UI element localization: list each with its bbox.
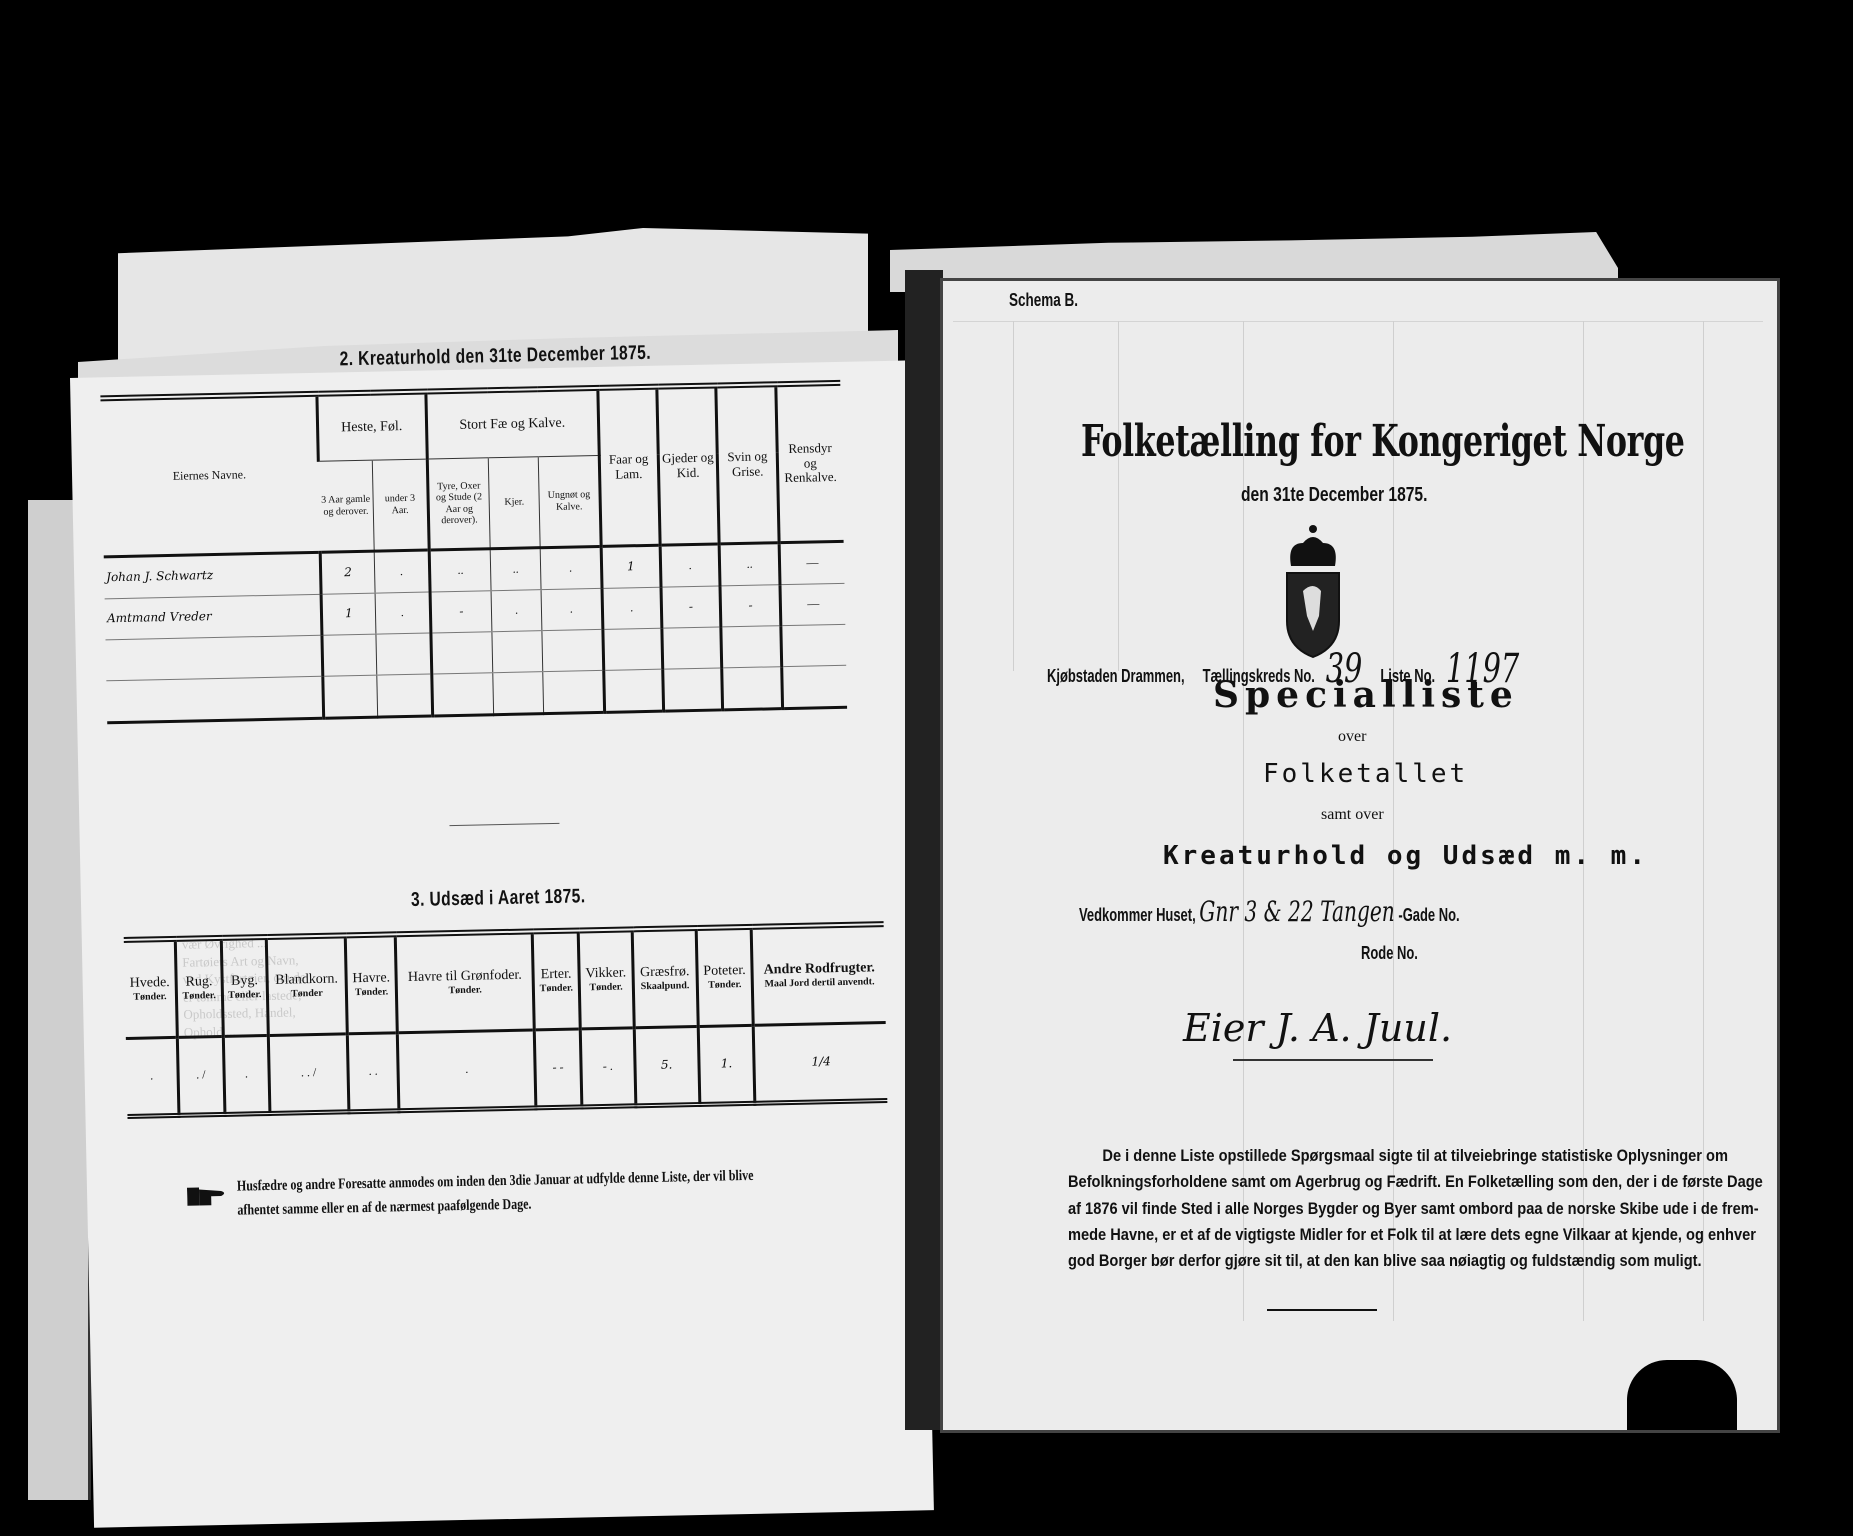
heste-3-cell — [322, 675, 377, 718]
signature: Eier J. A. Juul. — [1183, 1006, 1452, 1050]
col-name: Rug. — [180, 974, 219, 991]
explanatory-paragraph: De i denne Liste opstillede Spørgsmaal s… — [1068, 1143, 1679, 1275]
col-kjer: Kjer. — [488, 457, 540, 549]
owner-cell — [105, 635, 322, 681]
ghost-line — [1703, 321, 1704, 1321]
col-unit: Tønder. — [700, 979, 749, 992]
col-unit: Tønder. — [180, 990, 219, 1002]
col-unit: Tønder. — [350, 987, 394, 999]
col-rensdyr-header: Rensdyr og Renkalve. — [776, 383, 844, 543]
svin-cell — [722, 667, 782, 710]
owner-cell: Johan J. Schwartz — [104, 552, 321, 599]
value-cell: . / — [177, 1036, 224, 1115]
col-andre-rodfrugter: Andre Rodfrugter.Maal Jord dertil anvend… — [752, 924, 886, 1025]
value-cell: 1/4 — [754, 1023, 888, 1104]
kjer-cell — [492, 631, 543, 673]
value-cell: . . — [347, 1033, 399, 1112]
col-heste-3aar: 3 Aar gamle og derover. — [318, 460, 374, 552]
kjer-cell — [493, 672, 544, 715]
paragraph-line: god Borger bør derfor gjøre sit til, at … — [1068, 1248, 1679, 1274]
schema-label: Schema B. — [1009, 290, 1078, 311]
col-fae-header: Stort Fæ og Kalve. — [426, 388, 600, 459]
page-title: Folketælling for Kongeriget Norge — [1081, 416, 1685, 467]
paragraph-line: De i denne Liste opstillede Spørgsmaal s… — [1068, 1143, 1679, 1169]
rode-label: Rode No. — [1361, 943, 1418, 964]
col-poteter: Poteter.Tønder. — [696, 927, 754, 1027]
svin-cell — [721, 626, 781, 668]
col-name: Græsfrø. — [636, 964, 693, 981]
kjer-cell: . — [491, 590, 542, 632]
vedkommer-label: Vedkommer Huset, — [1079, 905, 1196, 925]
gade-label: -Gade No. — [1398, 905, 1459, 925]
ungnot-cell: . — [541, 588, 603, 630]
value-cell: - . — [580, 1028, 636, 1107]
gjeder-cell — [662, 668, 723, 711]
owner-cell: Amtmand Vreder — [105, 594, 322, 640]
col-unit: Tønder. — [400, 984, 530, 998]
right-page: Schema B. Folketælling for Kongeriget No… — [940, 278, 1780, 1433]
col-name: Erter. — [537, 967, 576, 984]
ghost-line — [953, 321, 1763, 322]
value-cell: 5. — [634, 1026, 699, 1105]
value-cell: - - — [534, 1029, 581, 1108]
tyre-cell — [431, 632, 493, 674]
signature-underline — [1233, 1059, 1433, 1061]
pointing-hand-icon — [187, 1183, 228, 1210]
left-page: vær Øvrighed ... Fartøiets Art og Navn, … — [70, 360, 934, 1527]
heste-u3-cell — [376, 633, 432, 675]
ungnot-cell — [542, 629, 604, 671]
ghost-line — [1013, 321, 1014, 671]
col-hvede: Hvede.Tønder. — [124, 939, 178, 1039]
tyre-cell: - — [430, 591, 492, 633]
paragraph-line: Befolkningsforholdene samt om Agerbrug o… — [1068, 1169, 1679, 1195]
census-date: den 31te December 1875. — [1241, 484, 1427, 507]
gjeder-cell — [662, 627, 723, 669]
col-heste-header: Heste, Føl. — [317, 392, 427, 462]
kjobstad-label: Kjøbstaden Drammen, — [1047, 666, 1185, 686]
notice-text: Husfædre og andre Foresatte anmodes om i… — [237, 1164, 754, 1223]
gjeder-cell: . — [660, 544, 721, 587]
book-spine — [905, 270, 943, 1430]
rensdyr-cell — [781, 624, 847, 666]
col-name: Byg. — [225, 973, 264, 990]
col-unit: Tønder. — [127, 991, 173, 1003]
svin-cell: .. — [720, 543, 780, 586]
col-erter: Erter.Tønder. — [532, 930, 580, 1029]
col-gjeder-header: Gjeder og Kid. — [656, 385, 719, 545]
col-unit: Tønder. — [537, 983, 576, 995]
col-rug: Rug.Tønder. — [175, 938, 223, 1037]
table-row: . . / . . . / . . . - - - . 5. 1. 1/4 — [126, 1023, 887, 1117]
tyre-cell — [431, 673, 493, 716]
col-byg: Byg.Tønder. — [221, 937, 269, 1036]
specialliste-heading: Specialliste — [1213, 674, 1519, 716]
value-cell: . . / — [268, 1034, 348, 1114]
col-vikker: Vikker.Tønder. — [578, 929, 634, 1029]
col-unit: Maal Jord dertil anvendt. — [756, 976, 883, 990]
rensdyr-cell: — — [780, 583, 846, 625]
tyre-cell: .. — [429, 549, 491, 592]
divider — [1267, 1309, 1377, 1311]
col-ungnot: Ungnøt og Kalve. — [538, 455, 601, 547]
col-name: Blandkorn. — [271, 972, 343, 990]
value-cell: 1. — [698, 1025, 755, 1104]
gjeder-cell: - — [661, 586, 722, 628]
value-cell: . — [126, 1037, 179, 1116]
vedkommer-value: Gnr 3 & 22 Tangen — [1199, 895, 1394, 928]
over-text: over — [1338, 728, 1366, 746]
col-name: Hvede. — [127, 975, 173, 992]
col-svin-header: Svin og Grise. — [716, 384, 779, 544]
col-name: Poteter. — [700, 963, 749, 980]
owner-cell — [106, 676, 323, 723]
rensdyr-cell: — — [779, 541, 845, 584]
heste-u3-cell — [377, 674, 433, 717]
heste-u3-cell: . — [375, 592, 431, 634]
col-graesfro: Græsfrø.Skaalpund. — [632, 928, 698, 1028]
kreaturhold-table: Eiernes Navne. Heste, Føl. Stort Fæ og K… — [100, 380, 847, 724]
udsaed-table: Hvede.Tønder. Rug.Tønder. Byg.Tønder. Bl… — [124, 921, 888, 1119]
paragraph-line: mede Havne, er et af de vigtigste Midler… — [1068, 1222, 1679, 1248]
coat-of-arms-icon — [1273, 521, 1353, 661]
col-havre-gronfoder: Havre til Grønfoder.Tønder. — [396, 931, 535, 1032]
value-cell: . — [223, 1035, 270, 1114]
col-havre: Havre.Tønder. — [345, 934, 398, 1034]
col-name: Havre til Grønfoder. — [400, 968, 530, 987]
col-name: Havre. — [349, 971, 393, 988]
col-unit: Tønder. — [583, 982, 630, 994]
faar-cell: 1 — [601, 545, 661, 588]
divider — [449, 823, 559, 826]
col-unit: Tønder. — [225, 989, 264, 1001]
col-tyre: Tyre, Oxer og Stude (2 Aar og derover). — [427, 458, 490, 550]
heste-u3-cell: . — [374, 550, 430, 593]
col-name: Vikker. — [582, 966, 629, 983]
heste-3-cell: 1 — [321, 593, 376, 635]
faar-cell: . — [602, 587, 662, 629]
col-owner-header: Eiernes Navne. — [100, 394, 319, 557]
rensdyr-cell — [781, 665, 847, 708]
col-unit: Tønder — [271, 988, 343, 1001]
value-cell: . — [398, 1030, 536, 1111]
ghost-line — [1118, 321, 1119, 671]
faar-cell — [603, 628, 663, 670]
ungnot-cell — [543, 670, 605, 713]
heste-3-cell — [322, 634, 377, 676]
vedkommer-line: Vedkommer Huset, Gnr 3 & 22 Tangen -Gade… — [1079, 895, 1460, 928]
col-unit: Skaalpund. — [637, 980, 694, 993]
folketallet-heading: Folketallet — [1263, 759, 1468, 789]
heste-3-cell: 2 — [320, 551, 375, 594]
paragraph-line: af 1876 vil finde Sted i alle Norges Byg… — [1068, 1196, 1679, 1222]
kjer-cell: .. — [490, 548, 541, 591]
col-faar-header: Faar og Lam. — [598, 387, 660, 547]
svin-cell: - — [720, 585, 780, 627]
col-heste-under3: under 3 Aar. — [372, 459, 429, 551]
faar-cell — [604, 669, 664, 712]
page-corner-damage — [1627, 1360, 1737, 1430]
ungnot-cell: . — [540, 546, 602, 589]
samt-over-text: samt over — [1321, 806, 1384, 824]
kreaturhold-heading: Kreaturhold og Udsæd m. m. — [1163, 841, 1648, 871]
col-blandkorn: Blandkorn.Tønder — [266, 935, 347, 1035]
section3-title: 3. Udsæd i Aaret 1875. — [411, 885, 586, 912]
